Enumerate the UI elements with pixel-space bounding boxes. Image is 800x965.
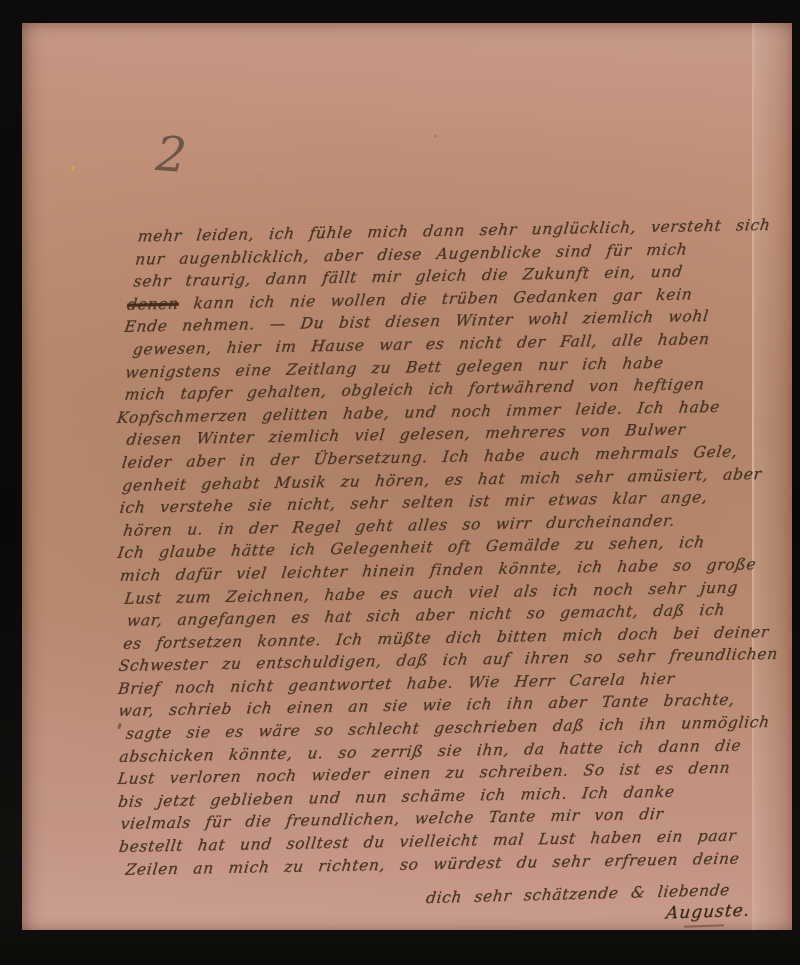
letter-page: 2 mehr leiden, ich fühle mich dann sehr … (22, 23, 792, 930)
signature: Auguste. (665, 900, 751, 923)
signature-underline (684, 924, 724, 927)
paper-speck (71, 166, 75, 171)
paper-speck (260, 175, 262, 177)
page-number: 2 (154, 126, 188, 184)
struck-word: denen (126, 294, 180, 313)
letter-body: mehr leiden, ich fühle mich dann sehr un… (106, 214, 790, 881)
paper-speck (434, 135, 436, 137)
